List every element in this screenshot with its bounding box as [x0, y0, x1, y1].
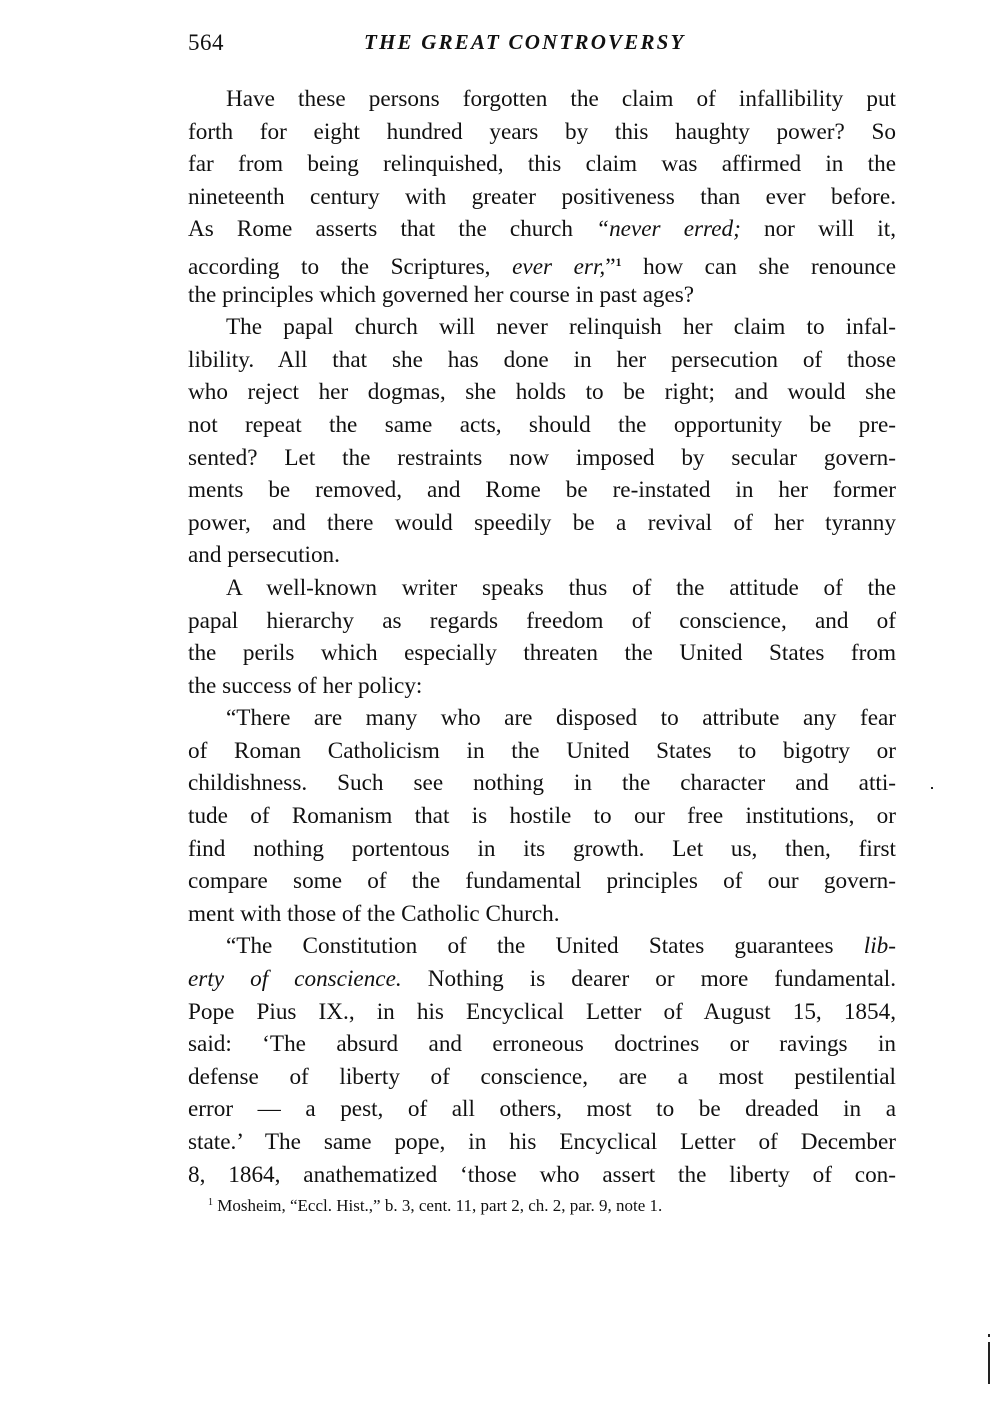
text-line: 8, 1864, anathematized ‘those who assert… — [188, 1159, 896, 1192]
italic-phrase: lib- — [864, 933, 896, 959]
text-line: nineteenth century with greater positive… — [188, 181, 896, 214]
text-line: find nothing portentous in its growth. L… — [188, 833, 896, 866]
text-line: error — a pest, of all others, most to b… — [188, 1093, 896, 1126]
footnote-text: Mosheim, “Eccl. Hist.,” b. 3, cent. 11, … — [217, 1196, 662, 1215]
scan-artifact-dot — [988, 1334, 990, 1337]
book-page: 564 THE GREAT CONTROVERSY Have these per… — [0, 0, 1000, 1413]
text-line: of Roman Catholicism in the United State… — [188, 735, 896, 768]
text-line: defense of liberty of conscience, are a … — [188, 1061, 896, 1094]
italic-quote: “never erred; — [596, 216, 741, 242]
text-line: the perils which especially threaten the… — [188, 637, 896, 670]
text-line: tude of Romanism that is hostile to our … — [188, 800, 896, 833]
text-segment: Nothing is dearer or more fundamental. — [402, 966, 896, 992]
text-line: The papal church will never relinquish h… — [188, 311, 896, 344]
text-line: forth for eight hundred years by this ha… — [188, 116, 896, 149]
footnote: 1 Mosheim, “Eccl. Hist.,” b. 3, cent. 11… — [208, 1196, 898, 1216]
footnote-mark: 1 — [208, 1197, 213, 1208]
text-line: who reject her dogmas, she holds to be r… — [188, 376, 896, 409]
text-line: the principles which governed her course… — [188, 279, 896, 312]
body-text: Have these persons forgotten the claim o… — [188, 83, 896, 1191]
text-line: and persecution. — [188, 539, 896, 572]
text-line: power, and there would speedily be a rev… — [188, 507, 896, 540]
italic-quote: ever err, — [512, 254, 605, 280]
paragraph-5-quotation: “The Constitution of the United States g… — [188, 930, 896, 1191]
text-line: Pope Pius IX., in his Encyclical Letter … — [188, 996, 896, 1029]
text-line: compare some of the fundamental principl… — [188, 865, 896, 898]
text-line: libility. All that she has done in her p… — [188, 344, 896, 377]
closing-quote: ” — [605, 254, 615, 280]
text-segment: according to the Scriptures, — [188, 254, 512, 280]
text-line: said: ‘The absurd and erroneous doctrine… — [188, 1028, 896, 1061]
text-line: childishness. Such see nothing in the ch… — [188, 767, 896, 800]
text-line: ments be removed, and Rome be re-instate… — [188, 474, 896, 507]
text-line: As Rome asserts that the church “never e… — [188, 213, 896, 246]
text-line: far from being relinquished, this claim … — [188, 148, 896, 181]
text-line: “There are many who are disposed to attr… — [188, 702, 896, 735]
text-line: ment with those of the Catholic Church. — [188, 898, 896, 931]
text-line: according to the Scriptures, ever err,”1… — [188, 246, 896, 279]
running-title: THE GREAT CONTROVERSY — [364, 30, 686, 55]
text-segment: As Rome asserts that the church — [188, 216, 596, 242]
text-line: the success of her policy: — [188, 670, 896, 703]
paragraph-2: The papal church will never relinquish h… — [188, 311, 896, 572]
scan-artifact-dot — [931, 787, 933, 789]
text-line: papal hierarchy as regards freedom of co… — [188, 605, 896, 638]
paragraph-4-quotation: “There are many who are disposed to attr… — [188, 702, 896, 930]
scan-artifact-line — [988, 1342, 990, 1384]
page-header: 564 THE GREAT CONTROVERSY — [188, 30, 896, 60]
text-segment: how can she renounce — [622, 254, 897, 280]
text-segment: nor will it, — [741, 216, 896, 242]
paragraph-3: A well-known writer speaks thus of the a… — [188, 572, 896, 702]
text-line: sented? Let the restraints now imposed b… — [188, 442, 896, 475]
text-line: state.’ The same pope, in his Encyclical… — [188, 1126, 896, 1159]
text-segment: “The Constitution of the United States g… — [226, 933, 864, 959]
text-line: not repeat the same acts, should the opp… — [188, 409, 896, 442]
text-line: “The Constitution of the United States g… — [188, 930, 896, 963]
text-line: erty of conscience. Nothing is dearer or… — [188, 963, 896, 996]
text-line: A well-known writer speaks thus of the a… — [188, 572, 896, 605]
italic-phrase: erty of conscience. — [188, 966, 402, 992]
page-number: 564 — [188, 30, 224, 56]
text-line: Have these persons forgotten the claim o… — [188, 83, 896, 116]
paragraph-1: Have these persons forgotten the claim o… — [188, 83, 896, 311]
